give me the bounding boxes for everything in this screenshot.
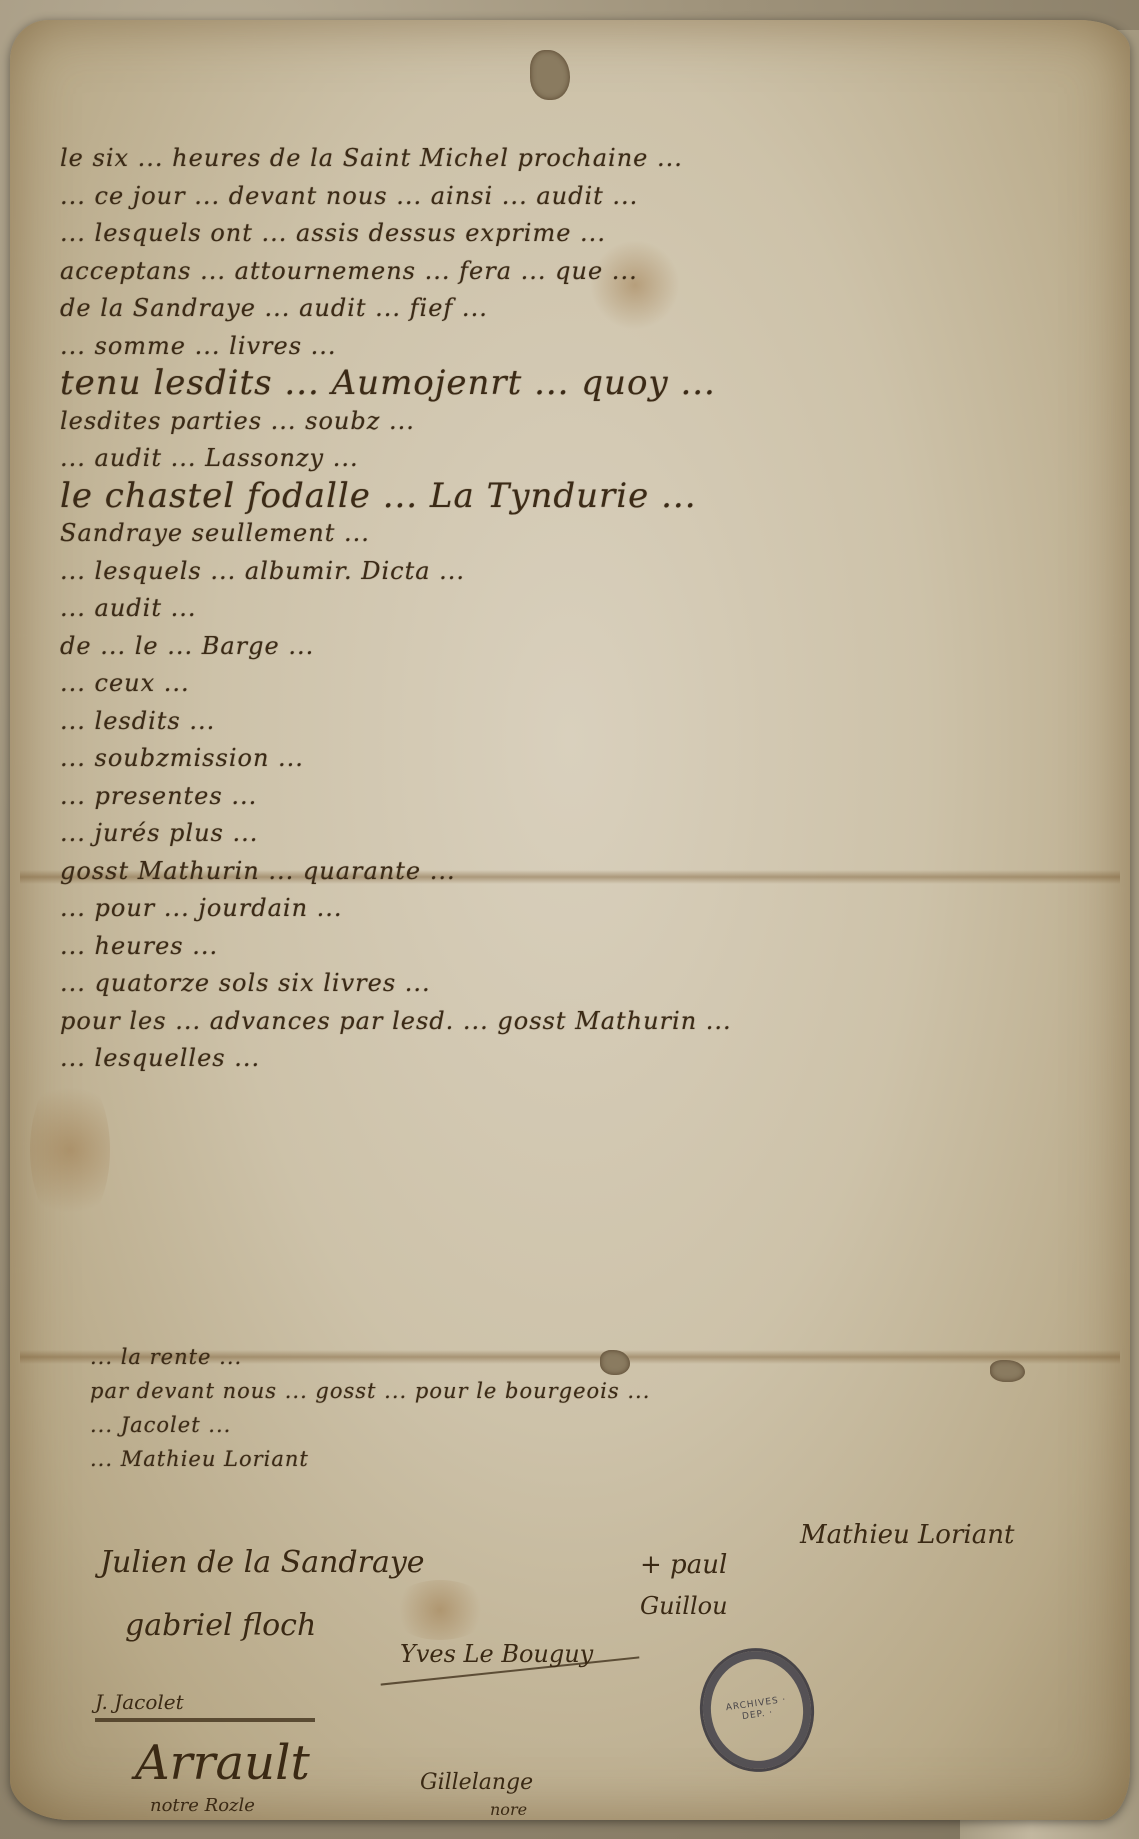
manuscript-body: le six ... heures de la Saint Michel pro… (60, 140, 1090, 1078)
manuscript-line: pour les ... advances par lesd. ... goss… (60, 1003, 1090, 1041)
manuscript-line: tenu lesdits ... Aumojenrt ... quoy ... (60, 365, 1090, 403)
manuscript-line: de la Sandraye ... audit ... fief ... (60, 290, 1090, 328)
manuscript-line: ... jurés plus ... (60, 815, 1090, 853)
manuscript-line: ... lesquels ont ... assis dessus exprim… (60, 215, 1090, 253)
manuscript-line: ... lesquelles ... (60, 1040, 1090, 1078)
closing-line: ... Jacolet ... (90, 1408, 1090, 1442)
manuscript-line: ... presentes ... (60, 778, 1090, 816)
manuscript-line: Sandraye seullement ... (60, 515, 1090, 553)
manuscript-line: ... audit ... (60, 590, 1090, 628)
manuscript-line: ... soubzmission ... (60, 740, 1090, 778)
manuscript-line: le six ... heures de la Saint Michel pro… (60, 140, 1090, 178)
closing-line: ... Mathieu Loriant (90, 1442, 1090, 1476)
closing-clause: ... la rente ... par devant nous ... gos… (90, 1340, 1090, 1476)
archive-stamp-text: ARCHIVES · DEP. · (716, 1694, 798, 1727)
manuscript-line: gosst Mathurin ... quarante ... (60, 853, 1090, 891)
manuscript-line: ... lesdits ... (60, 703, 1090, 741)
ink-stain (390, 1580, 490, 1640)
paper-tear (530, 50, 570, 100)
manuscript-line: ... somme ... livres ... (60, 328, 1090, 366)
manuscript-line: lesdites parties ... soubz ... (60, 403, 1090, 441)
closing-line: par devant nous ... gosst ... pour le bo… (90, 1374, 1090, 1408)
manuscript-line: de ... le ... Barge ... (60, 628, 1090, 666)
closing-line: ... la rente ... (90, 1340, 1090, 1374)
manuscript-line: ... ce jour ... devant nous ... ainsi ..… (60, 178, 1090, 216)
water-stain (30, 1070, 110, 1230)
manuscript-line: ... lesquels ... albumir. Dicta ... (60, 553, 1090, 591)
manuscript-line: ... audit ... Lassonzy ... (60, 440, 1090, 478)
manuscript-line: acceptans ... attournemens ... fera ... … (60, 253, 1090, 291)
manuscript-line: le chastel fodalle ... La Tyndurie ... (60, 478, 1090, 516)
manuscript-line: ... quatorze sols six livres ... (60, 965, 1090, 1003)
manuscript-line: ... ceux ... (60, 665, 1090, 703)
manuscript-line: ... heures ... (60, 928, 1090, 966)
manuscript-line: ... pour ... jourdain ... (60, 890, 1090, 928)
